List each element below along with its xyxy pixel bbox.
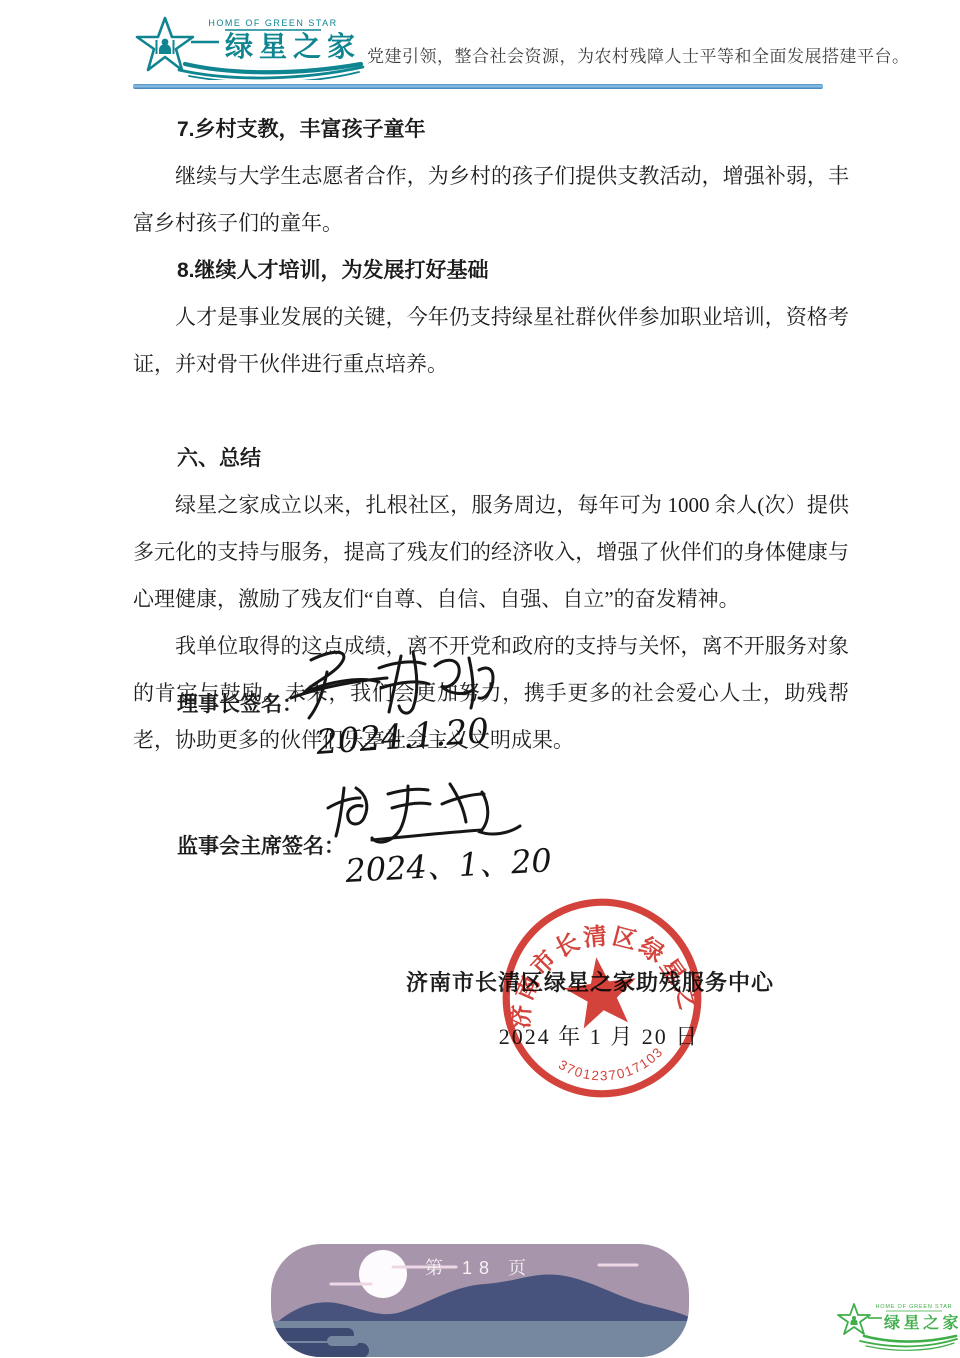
green-star-logo-icon: HOME OF GREEN STAR 绿星之家 [133,14,365,80]
seal-star-icon [560,952,641,1030]
section8-heading: 8.继续人才培训，为发展打好基础 [133,247,849,294]
chairman-handwritten-signature: 2024.1.20 [283,642,513,777]
summary-paragraph-1: 绿星之家成立以来，扎根社区，服务周边，每年可为 1000 余人(次）提供多元化的… [133,482,849,623]
supervisor-signature-label: 监事会主席签名： [177,830,345,860]
footer-green-star-logo-icon: HOME OF GREEN STAR 绿星之家 [836,1296,958,1356]
section7-paragraph: 继续与大学生志愿者合作，为乡村的孩子们提供支教活动，增强补弱，丰富乡村孩子们的童… [133,153,849,247]
header-tagline: 党建引领，整合社会资源，为农村残障人士平等和全面发展搭建平台。 [367,42,910,67]
supervisor-handwritten-signature: 2024、1、20 [322,778,557,896]
header-rule [133,84,823,89]
document-page: HOME OF GREEN STAR 绿星之家 党建引领，整合社会资源，为农村残… [0,0,960,1358]
page-number-label: 第 18 页 [425,1258,533,1278]
spacer [133,388,849,435]
footer-landscape-art: 第 18 页 [271,1244,689,1357]
moon-icon [359,1250,407,1298]
section8-paragraph: 人才是事业发展的关键，今年仍支持绿星社群伙伴参加职业培训，资格考证，并对骨干伙伴… [133,294,849,388]
footer-logo-small-text: HOME OF GREEN STAR [876,1304,953,1310]
logo-brand-text: 绿星之家 [225,31,361,62]
footer-logo-brand-text: 绿星之家 [884,1313,958,1332]
page-header: HOME OF GREEN STAR 绿星之家 党建引领，整合社会资源，为农村残… [133,14,845,80]
section7-heading: 7.乡村支教，丰富孩子童年 [133,106,849,153]
supervisor-signature-date: 2024、1、20 [343,841,552,890]
logo-small-text: HOME OF GREEN STAR [208,18,337,28]
chairman-signature-date: 2024.1.20 [314,711,490,763]
official-seal-stamp: 济南市长清区绿星之家助残服务中心 3701237017103 [486,881,719,1116]
logo-person-icon [156,39,175,54]
summary-heading: 六、总结 [133,435,849,482]
